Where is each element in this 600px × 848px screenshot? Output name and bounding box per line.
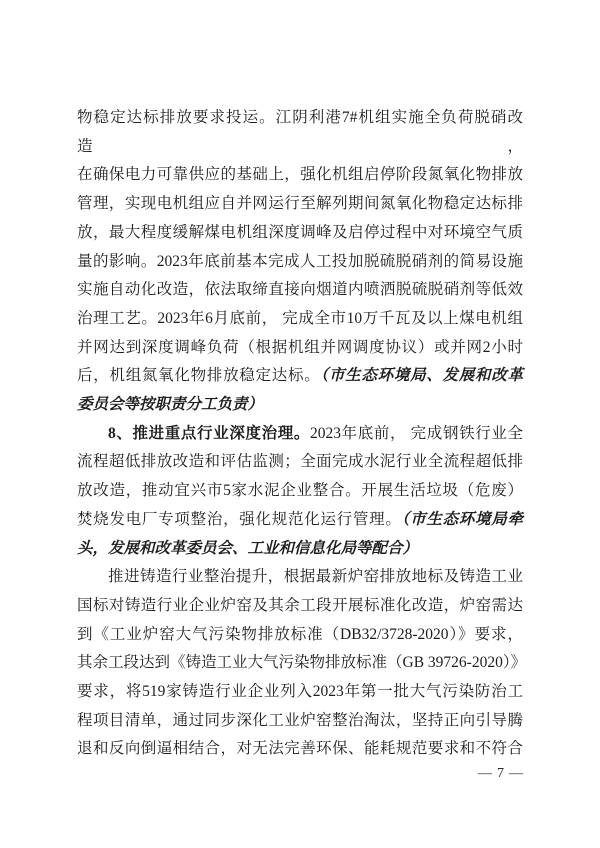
body-text: 并网达到深度调峰负荷（根据机组并网调度协议）或并网2小时 [77,339,523,356]
page-number-dash-left: — [478,766,492,782]
text-line: 委员会等按职责分工负责） [77,391,523,420]
body-text: 后，机组氮氧化物排放稳定达标。 [77,367,320,384]
text-line: 放，最大程度缓解煤电机组深度调峰及启停过程中对环境空气质 [77,219,523,248]
text-line: 头，发展和改革委员会、工业和信息化局等配合） [77,535,523,564]
responsible-agency-text: （市生态环境局、发展和改革 [320,367,523,384]
body-text: 管理，实现电机组应自并网运行至解列期间氮氧化物稳定达标排 [77,195,523,212]
text-line: 物稳定达标排放要求投运。江阴利港7#机组实施全负荷脱硝改造， [77,104,523,161]
body-text: 放改造，推动宜兴市5家水泥企业整合。开展生活垃圾（危废） [77,482,523,499]
section-heading-text: 8、推进重点行业深度治理。 [108,425,310,442]
text-line: 退和反向倒逼相结合，对无法完善环保、能耗规范要求和不符合 [77,735,523,764]
text-line: 量的影响。2023年底前基本完成人工投加脱硫脱硝剂的简易设施 [77,248,523,277]
responsible-agency-text: 头，发展和改革委员会、工业和信息化局等配合） [77,540,418,557]
text-line: 其余工段达到《铸造工业大气污染物排放标准（GB 39726-2020）》 [77,649,523,678]
text-line: 并网达到深度调峰负荷（根据机组并网调度协议）或并网2小时 [77,334,523,363]
text-line: 8、推进重点行业深度治理。2023年底前， 完成钢铁行业全 [77,420,523,449]
text-line: 推进铸造行业整治提升，根据最新炉窑排放地标及铸造工业 [77,563,523,592]
text-line: 国标对铸造行业企业炉窑及其余工段开展标准化改造，炉窑需达 [77,592,523,621]
body-text: 要求，将519家铸造行业企业列入2023年第一批大气污染防治工 [77,683,523,700]
body-text: 在确保电力可靠供应的基础上，强化机组启停阶段氮氧化物排放 [77,166,523,183]
body-text: 焚烧发电厂专项整治，强化规范化运行管理。 [77,511,402,528]
body-text: 程项目清单，通过同步深化工业炉窑整治淘汰，坚持正向引导腾 [77,712,523,729]
body-text: 退和反向倒逼相结合，对无法完善环保、能耗规范要求和不符合 [77,740,523,757]
body-text: 放，最大程度缓解煤电机组深度调峰及启停过程中对环境空气质 [77,224,523,241]
text-line: 焚烧发电厂专项整治，强化规范化运行管理。（市生态环境局牵 [77,506,523,535]
text-line: 程项目清单，通过同步深化工业炉窑整治淘汰，坚持正向引导腾 [77,707,523,736]
text-line: 治理工艺。2023年6月底前， 完成全市10万千瓦及以上煤电机组 [77,305,523,334]
body-text: 推进铸造行业整治提升，根据最新炉窑排放地标及铸造工业 [108,568,523,585]
responsible-agency-text: （市生态环境局牵 [402,511,523,528]
text-line: 管理，实现电机组应自并网运行至解列期间氮氧化物稳定达标排 [77,190,523,219]
body-text: 2023年底前， 完成钢铁行业全 [310,425,523,442]
text-line: 流程超低排放改造和评估监测；全面完成水泥行业全流程超低排 [77,448,523,477]
body-text: 实施自动化改造，依法取缔直接向烟道内喷洒脱硫脱硝剂等低效 [77,281,523,298]
body-text: 到《工业炉窑大气污染物排放标准（DB32/3728-2020）》要求， [77,626,523,643]
body-text: 治理工艺。2023年6月底前， 完成全市10万千瓦及以上煤电机组 [77,310,523,327]
text-line: 后，机组氮氧化物排放稳定达标。（市生态环境局、发展和改革 [77,362,523,391]
text-line: 放改造，推动宜兴市5家水泥企业整合。开展生活垃圾（危废） [77,477,523,506]
text-line: 到《工业炉窑大气污染物排放标准（DB32/3728-2020）》要求， [77,621,523,650]
body-text: 物稳定达标排放要求投运。江阴利港7#机组实施全负荷脱硝改造， [77,109,523,155]
page-footer: — 7 — [478,766,523,782]
page-number: 7 [497,766,504,782]
document-body-text: 物稳定达标排放要求投运。江阴利港7#机组实施全负荷脱硝改造，在确保电力可靠供应的… [77,104,523,764]
body-text: 量的影响。2023年底前基本完成人工投加脱硫脱硝剂的简易设施 [77,253,523,270]
body-text: 流程超低排放改造和评估监测；全面完成水泥行业全流程超低排 [77,453,523,470]
text-line: 在确保电力可靠供应的基础上，强化机组启停阶段氮氧化物排放 [77,161,523,190]
page-number-dash-right: — [509,766,523,782]
text-line: 要求，将519家铸造行业企业列入2023年第一批大气污染防治工 [77,678,523,707]
document-page: 物稳定达标排放要求投运。江阴利港7#机组实施全负荷脱硝改造，在确保电力可靠供应的… [0,0,600,848]
body-text: 国标对铸造行业企业炉窑及其余工段开展标准化改造，炉窑需达 [77,597,523,614]
body-text: 其余工段达到《铸造工业大气污染物排放标准（GB 39726-2020）》 [77,654,526,671]
text-line: 实施自动化改造，依法取缔直接向烟道内喷洒脱硫脱硝剂等低效 [77,276,523,305]
responsible-agency-text: 委员会等按职责分工负责） [77,396,263,413]
